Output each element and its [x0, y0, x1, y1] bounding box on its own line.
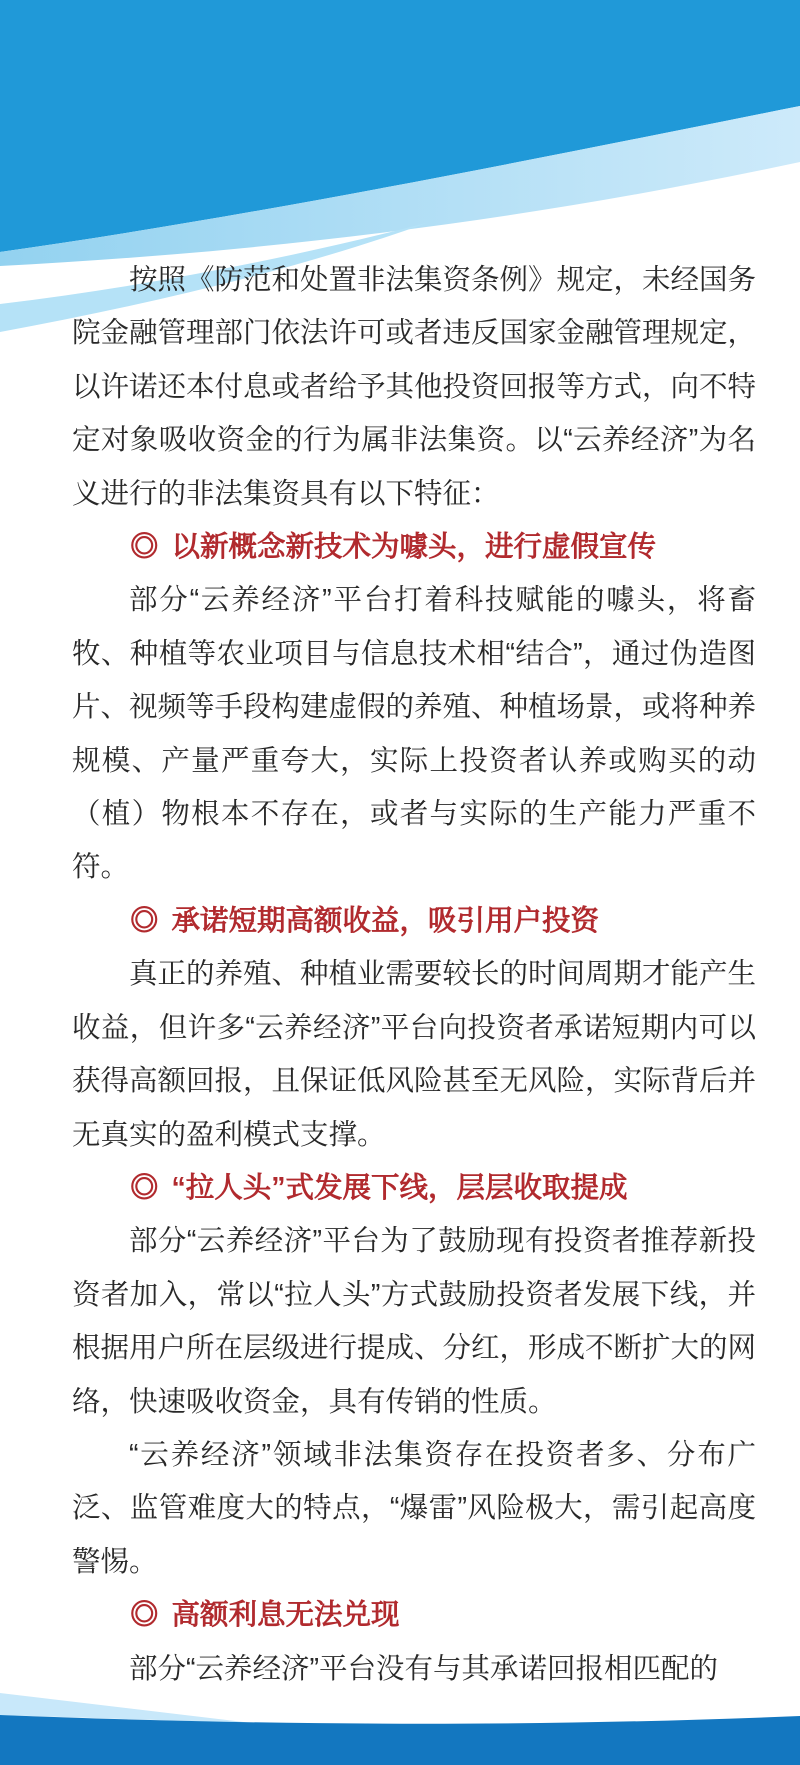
section-heading-pyramid-recruiting: ◎“拉人头”式发展下线，层层收取提成	[72, 1162, 756, 1215]
footer-wave-graphic	[0, 1685, 800, 1765]
bullseye-icon: ◎	[130, 521, 159, 574]
section-heading-unpayable-interest-label: 高额利息无法兑现	[172, 1599, 400, 1631]
section-heading-pyramid-recruiting-label: “拉人头”式发展下线，层层收取提成	[172, 1172, 628, 1204]
paragraph-intro: 按照《防范和处置非法集资条例》规定，未经国务院金融管理部门依法许可或者违反国家金…	[72, 254, 756, 521]
article-body: 按照《防范和处置非法集资条例》规定，未经国务院金融管理部门依法许可或者违反国家金…	[72, 254, 756, 1696]
section-heading-fake-publicity: ◎以新概念新技术为噱头，进行虚假宣传	[72, 521, 756, 574]
section-heading-high-returns: ◎承诺短期高额收益，吸引用户投资	[72, 895, 756, 948]
bullseye-icon: ◎	[130, 1162, 159, 1215]
bullseye-icon: ◎	[130, 895, 159, 948]
paragraph-pyramid-recruiting: 部分“云养经济”平台为了鼓励现有投资者推荐新投资者加入，常以“拉人头”方式鼓励投…	[72, 1215, 756, 1429]
section-heading-fake-publicity-label: 以新概念新技术为噱头，进行虚假宣传	[172, 531, 657, 563]
section-heading-high-returns-label: 承诺短期高额收益，吸引用户投资	[172, 905, 600, 937]
paragraph-risk-warning: “云养经济”领域非法集资存在投资者多、分布广泛、监管难度大的特点，“爆雷”风险极…	[72, 1429, 756, 1589]
bullseye-icon: ◎	[130, 1589, 159, 1642]
footer-wave-dark-shape	[0, 1715, 800, 1765]
section-heading-unpayable-interest: ◎高额利息无法兑现	[72, 1589, 756, 1642]
paragraph-high-returns: 真正的养殖、种植业需要较长的时间周期才能产生收益，但许多“云养经济”平台向投资者…	[72, 948, 756, 1162]
paragraph-fake-publicity: 部分“云养经济”平台打着科技赋能的噱头，将畜牧、种植等农业项目与信息技术相“结合…	[72, 574, 756, 894]
